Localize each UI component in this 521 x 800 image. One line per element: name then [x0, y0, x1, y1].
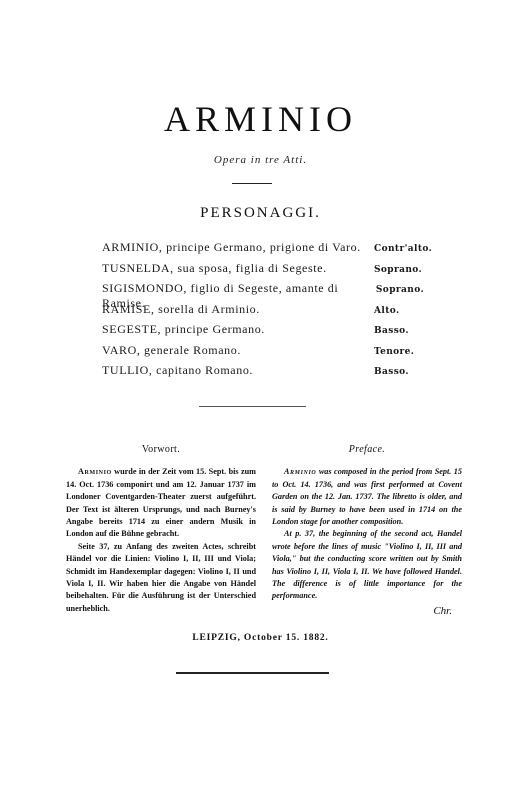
vorwort-paragraph-2: Seite 37, zu Anfang des zweiten Actes, s… [66, 541, 256, 615]
cast-voice: Basso. [374, 367, 432, 377]
cast-role: TULLIO, capitano Romano. [102, 363, 253, 378]
cast-role: VARO, generale Romano. [102, 343, 241, 358]
divider-short [232, 183, 272, 184]
cast-role: RAMISE, sorella di Arminio. [102, 302, 260, 317]
cast-voice: Basso. [374, 326, 432, 336]
cast-row: TUSNELDA, sua sposa, figlia di Segeste. … [102, 261, 432, 282]
preface-paragraph-1: Arminio was composed in the period from … [272, 466, 462, 528]
cast-voice: Contr'alto. [374, 244, 432, 254]
preface-paragraph-2: At p. 37, the beginning of the second ac… [272, 528, 462, 602]
cast-list: ARMINIO, principe Germano, prigione di V… [102, 240, 432, 384]
vorwort-paragraph-1: Arminio wurde in der Zeit vom 15. Sept. … [66, 466, 256, 540]
page-title: ARMINIO [0, 98, 521, 140]
preface-title: Preface. [272, 444, 462, 456]
cast-voice: Alto. [374, 306, 432, 316]
vorwort-lead: Arminio [78, 467, 112, 476]
preface-column: Preface. Arminio was composed in the per… [272, 444, 462, 617]
cast-heading: PERSONAGGI. [0, 205, 521, 222]
divider-middle [199, 406, 306, 407]
vorwort-title: Vorwort. [66, 444, 256, 456]
cast-role: SEGESTE, principe Germano. [102, 322, 265, 337]
cast-voice: Tenore. [374, 347, 432, 357]
cast-row: VARO, generale Romano. Tenore. [102, 343, 432, 364]
cast-role: TUSNELDA, sua sposa, figlia di Segeste. [102, 261, 327, 276]
place-date: LEIPZIG, October 15. 1882. [0, 633, 521, 643]
cast-row: TULLIO, capitano Romano. Basso. [102, 363, 432, 384]
divider-bottom [176, 672, 329, 674]
cast-voice: Soprano. [374, 265, 432, 275]
signature: Chr. [272, 605, 462, 617]
vorwort-column: Vorwort. Arminio wurde in der Zeit vom 1… [66, 444, 256, 615]
preface-lead: Arminio [284, 467, 316, 476]
cast-row: SEGESTE, principe Germano. Basso. [102, 322, 432, 343]
cast-voice: Soprano. [376, 285, 432, 295]
cast-row: ARMINIO, principe Germano, prigione di V… [102, 240, 432, 261]
subtitle: Opera in tre Atti. [0, 154, 521, 166]
cast-role: ARMINIO, principe Germano, prigione di V… [102, 240, 361, 255]
cast-row: SIGISMONDO, figlio di Segeste, amante di… [102, 281, 432, 302]
